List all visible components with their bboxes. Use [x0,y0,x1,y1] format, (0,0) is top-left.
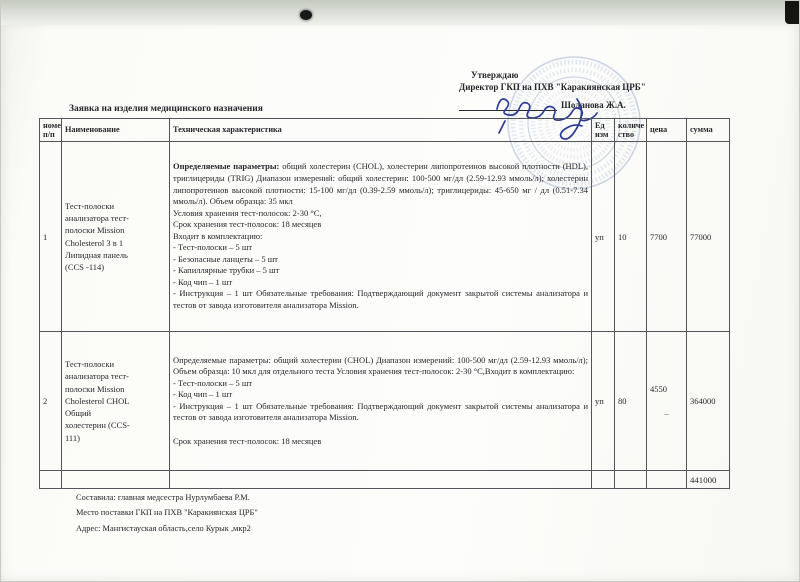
row1-sum: 77000 [687,142,730,332]
signature-line [459,100,557,111]
signer-name: Шоланова Ж.А. [561,99,626,111]
col-header-qty: количе ство [615,119,647,142]
row2-number: 2 [40,332,62,471]
row2-tech-spec: Определяемые параметры: общий холестерин… [170,332,592,471]
row1-price: 7700 [647,142,687,332]
approval-director-line: Директор ГКП на ПХВ "Каракиянская ЦРБ" [459,81,709,93]
total-empty-price [647,471,687,489]
row2-item-name: Тест-полоски анализатора тест- полоски M… [62,332,170,471]
col-header-num: номер п/п [40,119,62,142]
col-header-name: Наименование [62,119,170,142]
footer-block: Составила: главная медсестра Нурлумбаева… [76,494,258,540]
total-empty-name [62,471,170,489]
footer-delivery-place: Место поставки ГКП на ПХВ "Каракиянская … [76,509,258,517]
row2-qty: 80 [615,332,647,471]
binder-hole [300,10,312,20]
scan-corner-artifact [785,1,799,24]
total-sum: 441000 [687,471,730,489]
row1-item-name: Тест-полоски анализатора тест- полоски M… [62,142,170,332]
document-title: Заявка на изделия медицинского назначени… [69,104,263,114]
total-empty-unit [592,471,615,489]
col-header-sum: сумма [687,119,730,142]
paper-page: Утверждаю Директор ГКП на ПХВ "Каракиянс… [1,25,799,582]
table-row: 2 Тест-полоски анализатора тест- полоски… [40,332,730,471]
col-header-unit: Ед изм [592,119,615,142]
scanner-edge [1,1,799,25]
row1-qty: 10 [615,142,647,332]
table-header-row: номер п/п Наименование Техническая харак… [40,119,730,142]
total-empty-tech [170,471,592,489]
row1-unit: уп [592,142,615,332]
pen-mark: – [650,408,683,418]
total-empty-num [40,471,62,489]
row2-unit: уп [592,332,615,471]
row2-sum: 364000 [687,332,730,471]
approval-word: Утверждаю [459,69,709,81]
approval-block: Утверждаю Директор ГКП на ПХВ "Каракиянс… [459,69,709,111]
row2-price: 4550 – [647,332,687,471]
row1-number: 1 [40,142,62,332]
col-header-tech: Техническая характеристика [170,119,592,142]
request-table: номер п/п Наименование Техническая харак… [39,118,730,489]
scanned-document: Утверждаю Директор ГКП на ПХВ "Каракиянс… [0,0,800,582]
col-header-price: цена [647,119,687,142]
row1-tech-spec: Определяемые параметры: общий холестерин… [170,142,592,332]
total-empty-qty [615,471,647,489]
total-row: 441000 [40,471,730,489]
footer-compiled-by: Составила: главная медсестра Нурлумбаева… [76,494,258,502]
footer-address: Адрес: Мангистауская область,село Курык … [76,525,258,533]
table-row: 1 Тест-полоски анализатора тест- полоски… [40,142,730,332]
